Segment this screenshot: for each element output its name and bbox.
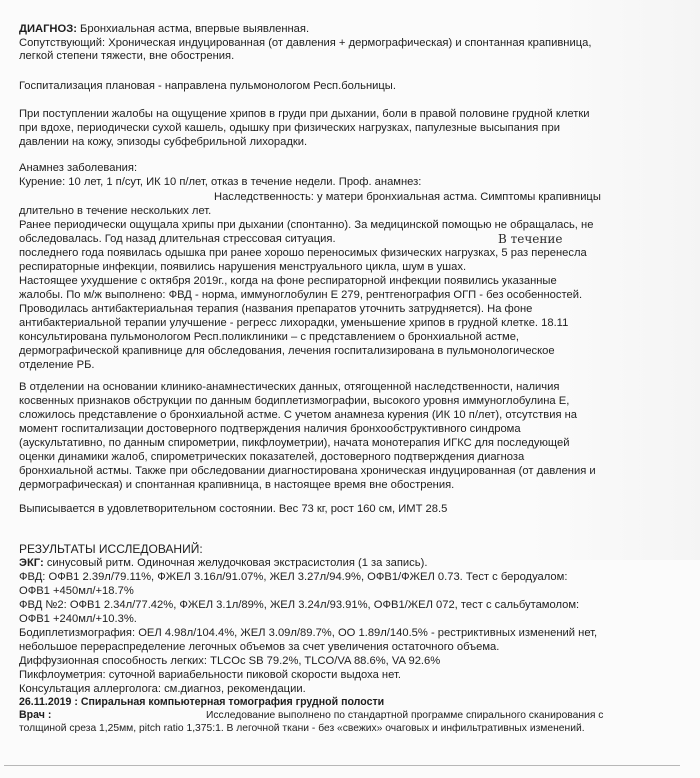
anamnesis-line: антибактериальной терапии улучшение - ре… [19, 317, 568, 330]
results-line: небольшое перераспределение легочных объ… [19, 641, 499, 654]
anamnesis-line: отделение РБ. [19, 359, 95, 372]
results-line: ОФВ1 +450мл/+18.7% [19, 585, 134, 598]
diagnosis-text: Бронхиальная астма, впервые выявленная. [77, 23, 309, 35]
department-line: бронхиальной астмы. Также при обследован… [19, 465, 596, 478]
anamnesis-line: дермографической крапивнице для обследов… [19, 345, 555, 358]
anamnesis-line: Курение: 10 лет, 1 п/сут, ИК 10 п/лет, о… [19, 176, 421, 189]
results-line: Бодиплетизмография: ОЕЛ 4.98л/104.4%, ЖЕ… [19, 627, 597, 640]
anamnesis-line: Проводилась антибактериальная терапия (н… [19, 303, 532, 316]
doctor-label: Врач : [19, 709, 51, 722]
results-title: РЕЗУЛЬТАТЫ ИССЛЕДОВАНИЙ: [19, 543, 203, 556]
ct-title: 26.11.2019 : Спиральная компьютерная том… [19, 696, 384, 709]
anamnesis-line: консультирована пульмонологом Респ.полик… [19, 331, 519, 344]
department-line: (аускультативно, по данным спирометрии, … [19, 437, 569, 450]
diagnosis-line: ДИАГНОЗ: Бронхиальная астма, впервые выя… [19, 23, 309, 36]
results-line: ФВД: ОФВ1 2.39л/79.11%, ФЖЕЛ 3.16л/91.07… [19, 571, 567, 584]
ct-line: толщиной среза 1,25мм, pitch ratio 1,375… [19, 722, 585, 735]
anamnesis-line: длительно в течение нескольких лет. [19, 205, 211, 218]
anamnesis-line: жалобы. По м/ж выполнено: ФВД - норма, и… [19, 289, 582, 302]
complaints-line: при вдохе, периодически сухой кашель, од… [19, 122, 560, 135]
results-line: Консультация аллерголога: см.диагноз, ре… [19, 683, 306, 696]
department-line: косвенных признаков обструкции по данным… [19, 395, 569, 408]
discharge-text: Выписывается в удовлетворительном состоя… [19, 503, 447, 516]
complaints-line: При поступлении жалобы на ощущение хрипо… [19, 108, 589, 121]
concomitant-line-1: Сопутствующий: Хроническая индуцированна… [19, 37, 591, 50]
results-line: ОФВ1 +240мл/+10.3%. [19, 613, 137, 626]
scanned-discharge-summary: ДИАГНОЗ: Бронхиальная астма, впервые выя… [0, 0, 700, 778]
department-line: момент госпитализации достоверного подтв… [19, 423, 521, 436]
anamnesis-line: Наследственность: у матери бронхиальная … [214, 191, 601, 204]
handwritten-note: В течение [498, 233, 563, 246]
department-line: В отделении на основании клинико-анамнес… [19, 381, 559, 394]
page-bottom-rule [4, 765, 680, 766]
anamnesis-line: Настоящее ухудшение с октября 2019г., ко… [19, 275, 557, 288]
ecg-label: ЭКГ: [19, 557, 44, 569]
ct-line: Исследование выполнено по стандартной пр… [206, 709, 603, 722]
department-line: сложилось представление о бронхиальной а… [19, 409, 577, 422]
department-line: дермографическая) и спонтанная крапивниц… [19, 479, 454, 492]
anamnesis-line: респираторные инфекции, появились наруше… [19, 261, 466, 274]
concomitant-line-2: легкой степени тяжести, вне обострения. [19, 50, 234, 63]
ecg-text: синусовый ритм. Одиночная желудочковая э… [44, 557, 428, 569]
anamnesis-line: обследовалась. Год назад длительная стре… [19, 233, 336, 246]
results-line: Диффузионная способность легких: TLCOc S… [19, 655, 440, 668]
anamnesis-title: Анамнез заболевания: [19, 162, 137, 175]
complaints-line: давлении на кожу, эпизоды субфебрильной … [19, 136, 307, 149]
diagnosis-label: ДИАГНОЗ: [19, 23, 77, 35]
hospitalization-text: Госпитализация плановая - направлена пул… [19, 80, 396, 93]
anamnesis-line: Ранее периодически ощущала хрипы при дых… [19, 219, 593, 232]
results-line: ФВД №2: ОФВ1 2.34л/77.42%, ФЖЕЛ 3.1л/89%… [19, 599, 579, 612]
ecg-line: ЭКГ: синусовый ритм. Одиночная желудочко… [19, 557, 427, 570]
department-line: оценки динамики жалоб, спирометрических … [19, 451, 524, 464]
anamnesis-line: последнего года появилась одышка при ран… [19, 247, 587, 260]
results-line: Пикфлоуметрия: суточной вариабельности п… [19, 669, 401, 682]
